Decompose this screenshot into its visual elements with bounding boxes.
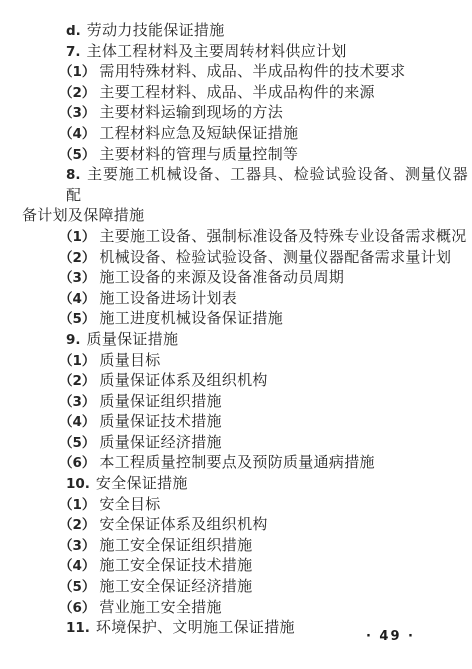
line-text: 施工设备的来源及设备准备动员周期 [99, 270, 344, 286]
line-text: 主要工程材料、成品、半成品构件的来源 [99, 85, 374, 101]
toc-line: （5）质量保证经济措施 [59, 433, 468, 454]
line-text: 施工进度机械设备保证措施 [99, 311, 283, 327]
list-marker: （3） [59, 270, 95, 286]
toc-line: （2）安全保证体系及组织机构 [59, 515, 468, 536]
line-text: 施工安全保证组织措施 [99, 538, 252, 554]
line-text: 施工设备进场计划表 [99, 291, 237, 307]
list-marker: （1） [59, 229, 95, 245]
list-marker: （2） [59, 250, 95, 266]
toc-line: （5）主要材料的管理与质量控制等 [59, 145, 468, 166]
list-marker: （2） [59, 373, 95, 389]
line-text: 质量保证体系及组织机构 [99, 373, 267, 389]
toc-line: 7.主体工程材料及主要周转材料供应计划 [66, 42, 468, 63]
list-marker: （5） [59, 435, 95, 451]
toc-line: （1）主要施工设备、强制标准设备及特殊专业设备需求概况 [59, 227, 468, 248]
list-marker: （1） [59, 353, 95, 369]
toc-line: （1）需用特殊材料、成品、半成品构件的技术要求 [59, 62, 468, 83]
line-text: 质量保证组织措施 [99, 394, 221, 410]
document-body: d.劳动力技能保证措施7.主体工程材料及主要周转材料供应计划（1）需用特殊材料、… [22, 21, 468, 639]
line-text: 劳动力技能保证措施 [87, 23, 225, 39]
toc-line: 备计划及保障措施 [22, 206, 468, 227]
list-marker: （6） [59, 455, 95, 471]
line-text: 营业施工安全措施 [99, 600, 221, 616]
line-text: 主体工程材料及主要周转材料供应计划 [87, 44, 347, 60]
toc-line: （2）主要工程材料、成品、半成品构件的来源 [59, 83, 468, 104]
toc-line: 9.质量保证措施 [66, 330, 468, 351]
list-marker: （1） [59, 64, 95, 80]
toc-line: （1）质量目标 [59, 351, 468, 372]
list-marker: （4） [59, 291, 95, 307]
toc-line: （2）机械设备、检验试验设备、测量仪器配备需求量计划 [59, 248, 468, 269]
toc-line: （3）施工安全保证组织措施 [59, 536, 468, 557]
list-marker: （3） [59, 538, 95, 554]
line-text: 安全保证体系及组织机构 [99, 517, 267, 533]
list-marker: （5） [59, 311, 95, 327]
toc-line: （3）主要材料运输到现场的方法 [59, 103, 468, 124]
line-text: 主要材料运输到现场的方法 [99, 105, 283, 121]
list-marker: 7. [66, 44, 81, 60]
list-marker: 10. [66, 476, 90, 492]
list-marker: （3） [59, 105, 95, 121]
line-text: 质量保证技术措施 [99, 414, 221, 430]
toc-line: （4）施工设备进场计划表 [59, 289, 468, 310]
line-text: 质量目标 [99, 353, 160, 369]
line-text: 安全保证措施 [96, 476, 188, 492]
toc-line: （5）施工进度机械设备保证措施 [59, 309, 468, 330]
list-marker: （2） [59, 85, 95, 101]
toc-line: （1）安全目标 [59, 495, 468, 516]
line-text: 施工安全保证技术措施 [99, 558, 252, 574]
list-marker: （1） [59, 497, 95, 513]
list-marker: （4） [59, 126, 95, 142]
toc-line: （4）工程材料应急及短缺保证措施 [59, 124, 468, 145]
toc-line: （2）质量保证体系及组织机构 [59, 371, 468, 392]
line-text: 施工安全保证经济措施 [99, 579, 252, 595]
line-text: 质量保证经济措施 [99, 435, 221, 451]
toc-line: （6）本工程质量控制要点及预防质量通病措施 [59, 453, 468, 474]
list-marker: （4） [59, 414, 95, 430]
line-text: 本工程质量控制要点及预防质量通病措施 [99, 455, 374, 471]
line-text: 主要材料的管理与质量控制等 [99, 147, 298, 163]
toc-line: d.劳动力技能保证措施 [66, 21, 468, 42]
line-text: 主要施工机械设备、工器具、检验试验设备、测量仪器配 [66, 167, 468, 204]
toc-line: （3）质量保证组织措施 [59, 392, 468, 413]
toc-line: 8.主要施工机械设备、工器具、检验试验设备、测量仪器配 [66, 165, 468, 206]
list-marker: d. [66, 23, 81, 39]
toc-line: （4）质量保证技术措施 [59, 412, 468, 433]
list-marker: （5） [59, 147, 95, 163]
list-marker: （5） [59, 579, 95, 595]
line-text: 需用特殊材料、成品、半成品构件的技术要求 [99, 64, 405, 80]
line-text: 环境保护、文明施工保证措施 [96, 620, 295, 636]
page-number: · 49 · [366, 629, 415, 644]
list-marker: （4） [59, 558, 95, 574]
line-text: 机械设备、检验试验设备、测量仪器配备需求量计划 [99, 250, 451, 266]
line-text: 工程材料应急及短缺保证措施 [99, 126, 298, 142]
toc-line: （3）施工设备的来源及设备准备动员周期 [59, 268, 468, 289]
list-marker: 9. [66, 332, 81, 348]
toc-line: （6）营业施工安全措施 [59, 598, 468, 619]
toc-line: 10.安全保证措施 [66, 474, 468, 495]
toc-line: （5）施工安全保证经济措施 [59, 577, 468, 598]
line-text: 质量保证措施 [87, 332, 179, 348]
toc-line: （4）施工安全保证技术措施 [59, 556, 468, 577]
list-marker: 11. [66, 620, 90, 636]
line-text: 备计划及保障措施 [22, 208, 144, 224]
list-marker: （6） [59, 600, 95, 616]
list-marker: （2） [59, 517, 95, 533]
list-marker: 8. [66, 167, 81, 183]
list-marker: （3） [59, 394, 95, 410]
line-text: 主要施工设备、强制标准设备及特殊专业设备需求概况 [99, 229, 466, 245]
line-text: 安全目标 [99, 497, 160, 513]
